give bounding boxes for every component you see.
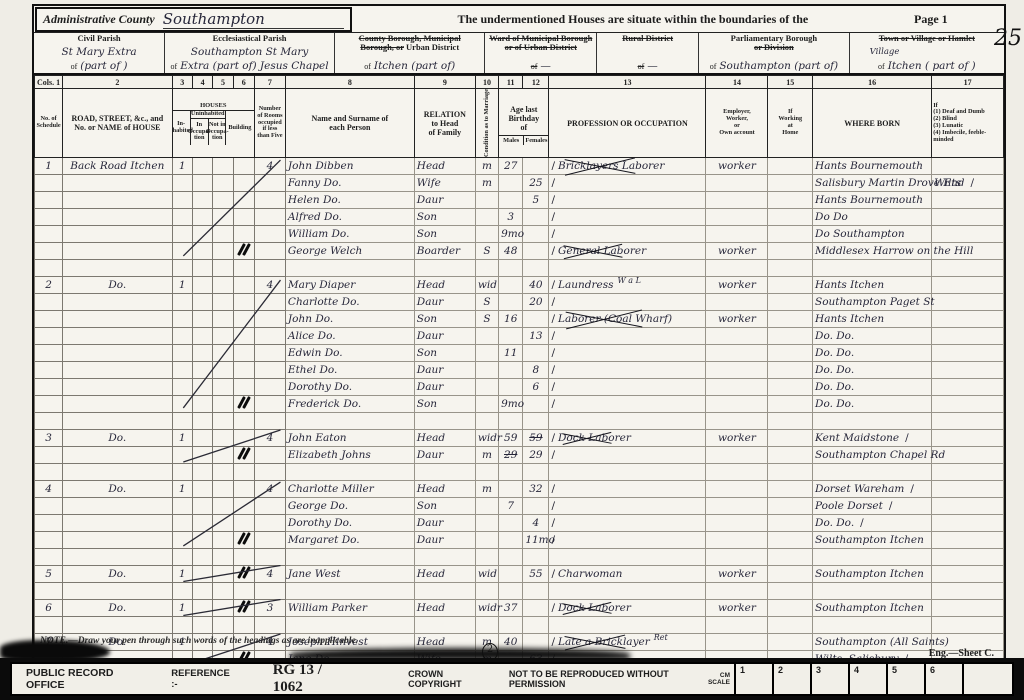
cell-inhabited [172, 345, 192, 362]
cell-age-male [499, 532, 523, 549]
cell-building [233, 192, 254, 209]
cell-road [63, 413, 172, 430]
col-home: If Working at Home [768, 89, 813, 158]
check-tick: ∕ [551, 500, 555, 512]
cell-name [285, 464, 414, 481]
cell-condition [475, 464, 498, 481]
cell-occupation: ∕ [549, 515, 706, 532]
cell-road [63, 583, 172, 600]
cell-road: Do. [63, 566, 172, 583]
cell-inhabited [172, 294, 192, 311]
cell-age-male [499, 362, 523, 379]
cell-name: William Parker [285, 600, 414, 617]
cell-name: Elizabeth Johns [285, 447, 414, 464]
col-infirmity: If (1) Deaf and Dumb (2) Blind (3) Lunat… [932, 89, 1004, 158]
pro-office: PUBLIC RECORD OFFICE [26, 667, 143, 691]
cell-schedule [35, 447, 63, 464]
cell-inhabited [172, 617, 192, 634]
cell-uninhabited-occ [192, 396, 212, 413]
cell-schedule [35, 226, 63, 243]
person-row: Elizabeth JohnsDaurm2929∕Southampton Cha… [35, 447, 1004, 464]
cell-home [768, 158, 813, 175]
cell-occupation: ∕ [549, 175, 706, 192]
check-tick: ∕ [551, 364, 555, 376]
cell-age-male [499, 175, 523, 192]
enumerator-mark [239, 400, 249, 412]
cell-road: Do. [63, 430, 172, 447]
cell-age-male: 37 [499, 600, 523, 617]
cell-born: Southampton Itchen [813, 566, 932, 583]
cell-employer: worker [706, 277, 768, 294]
cell-infirmity [932, 583, 1004, 600]
cell-building [233, 294, 254, 311]
cell-employer [706, 192, 768, 209]
cell-uninhabited-not [213, 328, 233, 345]
person-row: Margaret Do.Daur11mo∕Southampton Itchen [35, 532, 1004, 549]
cell-road [63, 464, 172, 481]
cell-condition [475, 362, 498, 379]
col-not-in-occupation: Not in Occupa- tion [209, 119, 226, 145]
check-tick: ∕ [970, 177, 974, 189]
cell-employer: worker [706, 158, 768, 175]
cell-building [233, 277, 254, 294]
cell-age-male: 29 [499, 447, 523, 464]
cell-home [768, 362, 813, 379]
cell-age-male [499, 277, 523, 294]
cell-inhabited [172, 447, 192, 464]
cell-uninhabited-occ [192, 311, 212, 328]
cell-born: Hants Bournemouth [813, 192, 932, 209]
cell-rooms: 4 [254, 430, 285, 447]
cell-name [285, 583, 414, 600]
cell-schedule: 3 [35, 430, 63, 447]
cell-relation [414, 413, 475, 430]
cell-road: Do. [63, 481, 172, 498]
cell-rooms [254, 328, 285, 345]
cell-condition [475, 532, 498, 549]
cell-relation: Son [414, 345, 475, 362]
enumerator-mark [239, 247, 249, 259]
cell-road [63, 260, 172, 277]
cell-born: Do. Do.∕ [813, 515, 932, 532]
cell-uninhabited-not [213, 175, 233, 192]
cell-condition [475, 260, 498, 277]
cell-uninhabited-occ [192, 481, 212, 498]
ruler-cm-box: 6 [924, 664, 962, 694]
cell-home [768, 464, 813, 481]
cell-infirmity [932, 600, 1004, 617]
cell-occupation: ∕ [549, 362, 706, 379]
cell-rooms: 4 [254, 158, 285, 175]
cell-born [813, 260, 932, 277]
cell-age-male [499, 617, 523, 634]
person-row: 5Do.14Jane WestHeadwid55∕Charwomanworker… [35, 566, 1004, 583]
cell-relation: Daur [414, 379, 475, 396]
cell-schedule [35, 532, 63, 549]
town-struck: Town or Village or Hamlet [879, 33, 975, 43]
cell-infirmity [932, 260, 1004, 277]
cell-home [768, 209, 813, 226]
col-uninhabited: Uninhabited [191, 111, 225, 119]
col-females: Females [524, 136, 548, 145]
cell-uninhabited-not [213, 243, 233, 260]
person-row: 3Do.14John EatonHeadwidr5959∕Dock Labore… [35, 430, 1004, 447]
cell-building [233, 515, 254, 532]
cell-schedule [35, 260, 63, 277]
cell-employer [706, 226, 768, 243]
cell-inhabited [172, 260, 192, 277]
col-age: Age last Birthday of [499, 101, 548, 135]
cell-condition: m [475, 481, 498, 498]
cell-name: Alfred Do. [285, 209, 414, 226]
cell-condition [475, 345, 498, 362]
cell-rooms: 4 [254, 481, 285, 498]
spacer-row [35, 464, 1004, 481]
occupation-text: Charwoman [558, 568, 622, 580]
cell-employer [706, 447, 768, 464]
cell-born [813, 583, 932, 600]
column-number: 11 [499, 76, 523, 89]
cell-uninhabited-occ [192, 260, 212, 277]
cell-infirmity [932, 379, 1004, 396]
cell-age-male [499, 481, 523, 498]
rural-struck: Rural District [622, 33, 673, 43]
cell-born: Southampton Chapel Rd [813, 447, 932, 464]
cell-relation [414, 549, 475, 566]
cell-road [63, 294, 172, 311]
cell-road [63, 379, 172, 396]
cell-born: Do. Do. [813, 362, 932, 379]
cell-infirmity [932, 311, 1004, 328]
cell-home [768, 413, 813, 430]
occupation-text: Dock Laborer [558, 432, 631, 444]
cell-uninhabited-occ [192, 175, 212, 192]
urban-plain: Urban District [406, 42, 459, 52]
cell-age-male: 27 [499, 158, 523, 175]
spacer-row [35, 413, 1004, 430]
cell-age-male [499, 328, 523, 345]
cell-road [63, 192, 172, 209]
cell-age-female [523, 617, 549, 634]
cell-rooms [254, 243, 285, 260]
admin-county-box: Administrative County Southampton [35, 7, 352, 32]
cell-uninhabited-not [213, 379, 233, 396]
cell-schedule [35, 498, 63, 515]
cell-employer: worker [706, 430, 768, 447]
cell-occupation [549, 549, 706, 566]
cell-infirmity [932, 498, 1004, 515]
cell-building [233, 532, 254, 549]
cell-relation: Daur [414, 328, 475, 345]
cell-employer [706, 328, 768, 345]
pro-notice: NOT TO BE REPRODUCED WITHOUT PERMISSION [509, 669, 708, 689]
cell-occupation: ∕ [549, 532, 706, 549]
cell-occupation: ∕Laborer (Coal Wharf) [549, 311, 706, 328]
admin-county-label: Administrative County [43, 12, 155, 27]
cell-uninhabited-not [213, 345, 233, 362]
cell-employer [706, 396, 768, 413]
cell-born: Do. Do. [813, 396, 932, 413]
cell-building [233, 447, 254, 464]
cell-road [63, 311, 172, 328]
ruler-end-box [962, 664, 1012, 694]
cell-age-female: 25 [523, 175, 549, 192]
cell-uninhabited-occ [192, 464, 212, 481]
person-row: 2Do.14Mary DiaperHeadwid40∕LaundressW a … [35, 277, 1004, 294]
col-occupation: PROFESSION OR OCCUPATION [549, 89, 706, 158]
person-row: Ethel Do.Daur8∕Do. Do. [35, 362, 1004, 379]
cell-condition: m [475, 175, 498, 192]
cell-home [768, 311, 813, 328]
cell-age-female [523, 243, 549, 260]
cell-uninhabited-occ [192, 209, 212, 226]
cell-road [63, 362, 172, 379]
of-word: of [638, 61, 645, 72]
cell-home [768, 566, 813, 583]
cell-rooms [254, 532, 285, 549]
cell-rooms [254, 379, 285, 396]
cell-home [768, 192, 813, 209]
cell-inhabited [172, 328, 192, 345]
enumerator-mark [239, 570, 249, 582]
cell-inhabited [172, 226, 192, 243]
cell-condition [475, 413, 498, 430]
cell-building [233, 583, 254, 600]
check-tick: ∕ [551, 279, 555, 291]
cell-infirmity [932, 294, 1004, 311]
undermentioned-text: The undermentioned Houses are situate wi… [352, 6, 914, 32]
cell-condition [475, 192, 498, 209]
cell-age-male: 59 [499, 430, 523, 447]
cell-uninhabited-occ [192, 277, 212, 294]
cell-born: Kent Maidstone∕ [813, 430, 932, 447]
cell-inhabited [172, 515, 192, 532]
cell-rooms [254, 345, 285, 362]
cell-age-male [499, 549, 523, 566]
cell-road [63, 175, 172, 192]
enumerator-mark [239, 604, 249, 616]
cell-name [285, 413, 414, 430]
check-tick: ∕ [551, 228, 555, 240]
cell-age-female [523, 209, 549, 226]
cell-road: Do. [63, 277, 172, 294]
cell-uninhabited-occ [192, 345, 212, 362]
cell-occupation: ∕ [549, 396, 706, 413]
cell-schedule [35, 617, 63, 634]
cell-building [233, 464, 254, 481]
cell-born: Hants Bournemouth [813, 158, 932, 175]
cell-building [233, 549, 254, 566]
cell-building [233, 243, 254, 260]
cell-employer [706, 464, 768, 481]
cell-home [768, 617, 813, 634]
spacer-row [35, 583, 1004, 600]
civil-parish-value-2: (part of ) [80, 61, 127, 72]
person-row: 4Do.14Charlotte MillerHeadm32∕Dorset War… [35, 481, 1004, 498]
cell-uninhabited-not [213, 617, 233, 634]
column-number: Cols. 1 [35, 76, 63, 89]
cell-relation: Son [414, 226, 475, 243]
cell-age-male [499, 566, 523, 583]
cell-employer: worker [706, 600, 768, 617]
cell-inhabited: 1 [172, 158, 192, 175]
cell-uninhabited-occ [192, 583, 212, 600]
cell-born: Southampton Paget St [813, 294, 932, 311]
person-row: Helen Do.Daur5∕Hants Bournemouth [35, 192, 1004, 209]
column-number: 2 [63, 76, 172, 89]
cell-home [768, 447, 813, 464]
cell-building [233, 328, 254, 345]
cell-building [233, 379, 254, 396]
footnote: NOTE.—Draw your pen through such words o… [40, 636, 990, 646]
cell-occupation: ∕ [549, 447, 706, 464]
cell-age-female: 40 [523, 277, 549, 294]
cell-age-male: 7 [499, 498, 523, 515]
spacer-row [35, 549, 1004, 566]
cell-condition: m [475, 447, 498, 464]
cell-inhabited [172, 209, 192, 226]
cell-home [768, 328, 813, 345]
cell-uninhabited-occ [192, 430, 212, 447]
cell-name: John Eaton [285, 430, 414, 447]
cell-name: Mary Diaper [285, 277, 414, 294]
town-village-value: Itchen ( part of ) [888, 61, 976, 72]
col-employer: Employer, Worker, or Own account [706, 89, 768, 158]
col-males: Males [499, 136, 524, 145]
cell-schedule [35, 192, 63, 209]
cell-occupation: ∕Dock Laborer [549, 430, 706, 447]
cell-relation [414, 617, 475, 634]
check-tick: ∕ [551, 381, 555, 393]
cell-relation: Son [414, 209, 475, 226]
person-row: Charlotte Do.DaurS20∕Southampton Paget S… [35, 294, 1004, 311]
column-number: 12 [523, 76, 549, 89]
cell-occupation [549, 260, 706, 277]
cell-inhabited [172, 362, 192, 379]
cell-uninhabited-not [213, 294, 233, 311]
cell-occupation: ∕LaundressW a L [549, 277, 706, 294]
cell-uninhabited-not [213, 311, 233, 328]
cell-employer [706, 294, 768, 311]
cell-road [63, 515, 172, 532]
cell-inhabited [172, 192, 192, 209]
cell-occupation: ∕ [549, 481, 706, 498]
person-row: William Do.Son9mo∕Do Southampton [35, 226, 1004, 243]
cell-born [813, 413, 932, 430]
cell-age-male [499, 464, 523, 481]
cell-age-female: 29 [523, 447, 549, 464]
cell-inhabited: 1 [172, 481, 192, 498]
occupation-text: Laborer (Coal Wharf) [558, 313, 672, 325]
cell-employer [706, 583, 768, 600]
cell-uninhabited-occ [192, 532, 212, 549]
cell-condition [475, 617, 498, 634]
cell-infirmity [932, 515, 1004, 532]
cell-condition: S [475, 311, 498, 328]
cell-occupation [549, 413, 706, 430]
cell-relation: Son [414, 396, 475, 413]
cell-occupation: ∕ [549, 345, 706, 362]
column-number: 17 [932, 76, 1004, 89]
cell-rooms: 3 [254, 600, 285, 617]
cell-infirmity [932, 464, 1004, 481]
col-age-group: Age last Birthday of Males Females [499, 89, 549, 158]
cell-uninhabited-not [213, 362, 233, 379]
cell-occupation: ∕General Laborer [549, 243, 706, 260]
cell-road [63, 396, 172, 413]
parl-struck: or Division [754, 42, 794, 52]
cell-rooms [254, 549, 285, 566]
of-word: of [364, 61, 371, 72]
cell-building [233, 413, 254, 430]
cell-uninhabited-occ [192, 600, 212, 617]
of-word: of [171, 61, 178, 72]
col-road: ROAD, STREET, &c., and No. or NAME of HO… [63, 89, 172, 158]
census-scan-page: Administrative County Southampton The un… [0, 0, 1024, 700]
cell-home [768, 430, 813, 447]
cell-age-female [523, 260, 549, 277]
cell-born: Do. Do. [813, 379, 932, 396]
cell-uninhabited-occ [192, 549, 212, 566]
cell-relation: Daur [414, 192, 475, 209]
cell-schedule: 2 [35, 277, 63, 294]
cell-condition: wid [475, 566, 498, 583]
cell-uninhabited-not [213, 277, 233, 294]
check-tick: ∕ [905, 432, 909, 444]
cell-building [233, 396, 254, 413]
cell-condition: widr [475, 600, 498, 617]
cell-employer [706, 345, 768, 362]
check-tick: ∕ [551, 568, 555, 580]
cell-rooms [254, 362, 285, 379]
column-number: 7 [254, 76, 285, 89]
cell-home [768, 498, 813, 515]
cell-condition [475, 583, 498, 600]
cell-inhabited [172, 175, 192, 192]
cell-name: Margaret Do. [285, 532, 414, 549]
column-number: 5 [213, 76, 233, 89]
cell-home [768, 379, 813, 396]
cell-rooms [254, 413, 285, 430]
cell-age-female [523, 498, 549, 515]
cell-uninhabited-occ [192, 379, 212, 396]
cell-condition: S [475, 294, 498, 311]
cell-uninhabited-occ [192, 498, 212, 515]
ward-cell: Ward of Municipal Borough or of Urban Di… [485, 33, 597, 73]
cell-schedule [35, 464, 63, 481]
cell-inhabited [172, 413, 192, 430]
spacer-row [35, 260, 1004, 277]
cm-ruler: 123456 [734, 664, 1012, 694]
check-tick: ∕ [551, 517, 555, 529]
cell-rooms [254, 447, 285, 464]
cell-rooms: 4 [254, 277, 285, 294]
cell-occupation: ∕ [549, 209, 706, 226]
check-tick: ∕ [889, 500, 893, 512]
cell-employer: worker [706, 243, 768, 260]
cell-condition [475, 549, 498, 566]
cell-occupation: ∕Dock Laborer [549, 600, 706, 617]
cell-occupation [549, 583, 706, 600]
cell-age-female: 20 [523, 294, 549, 311]
check-tick: ∕ [551, 398, 555, 410]
column-number: 6 [233, 76, 254, 89]
urban-struck-2: Borough, or [360, 42, 404, 52]
cell-age-female: 5 [523, 192, 549, 209]
cell-relation: Daur [414, 515, 475, 532]
ruler-cm-box: 4 [848, 664, 886, 694]
cell-uninhabited-not [213, 226, 233, 243]
